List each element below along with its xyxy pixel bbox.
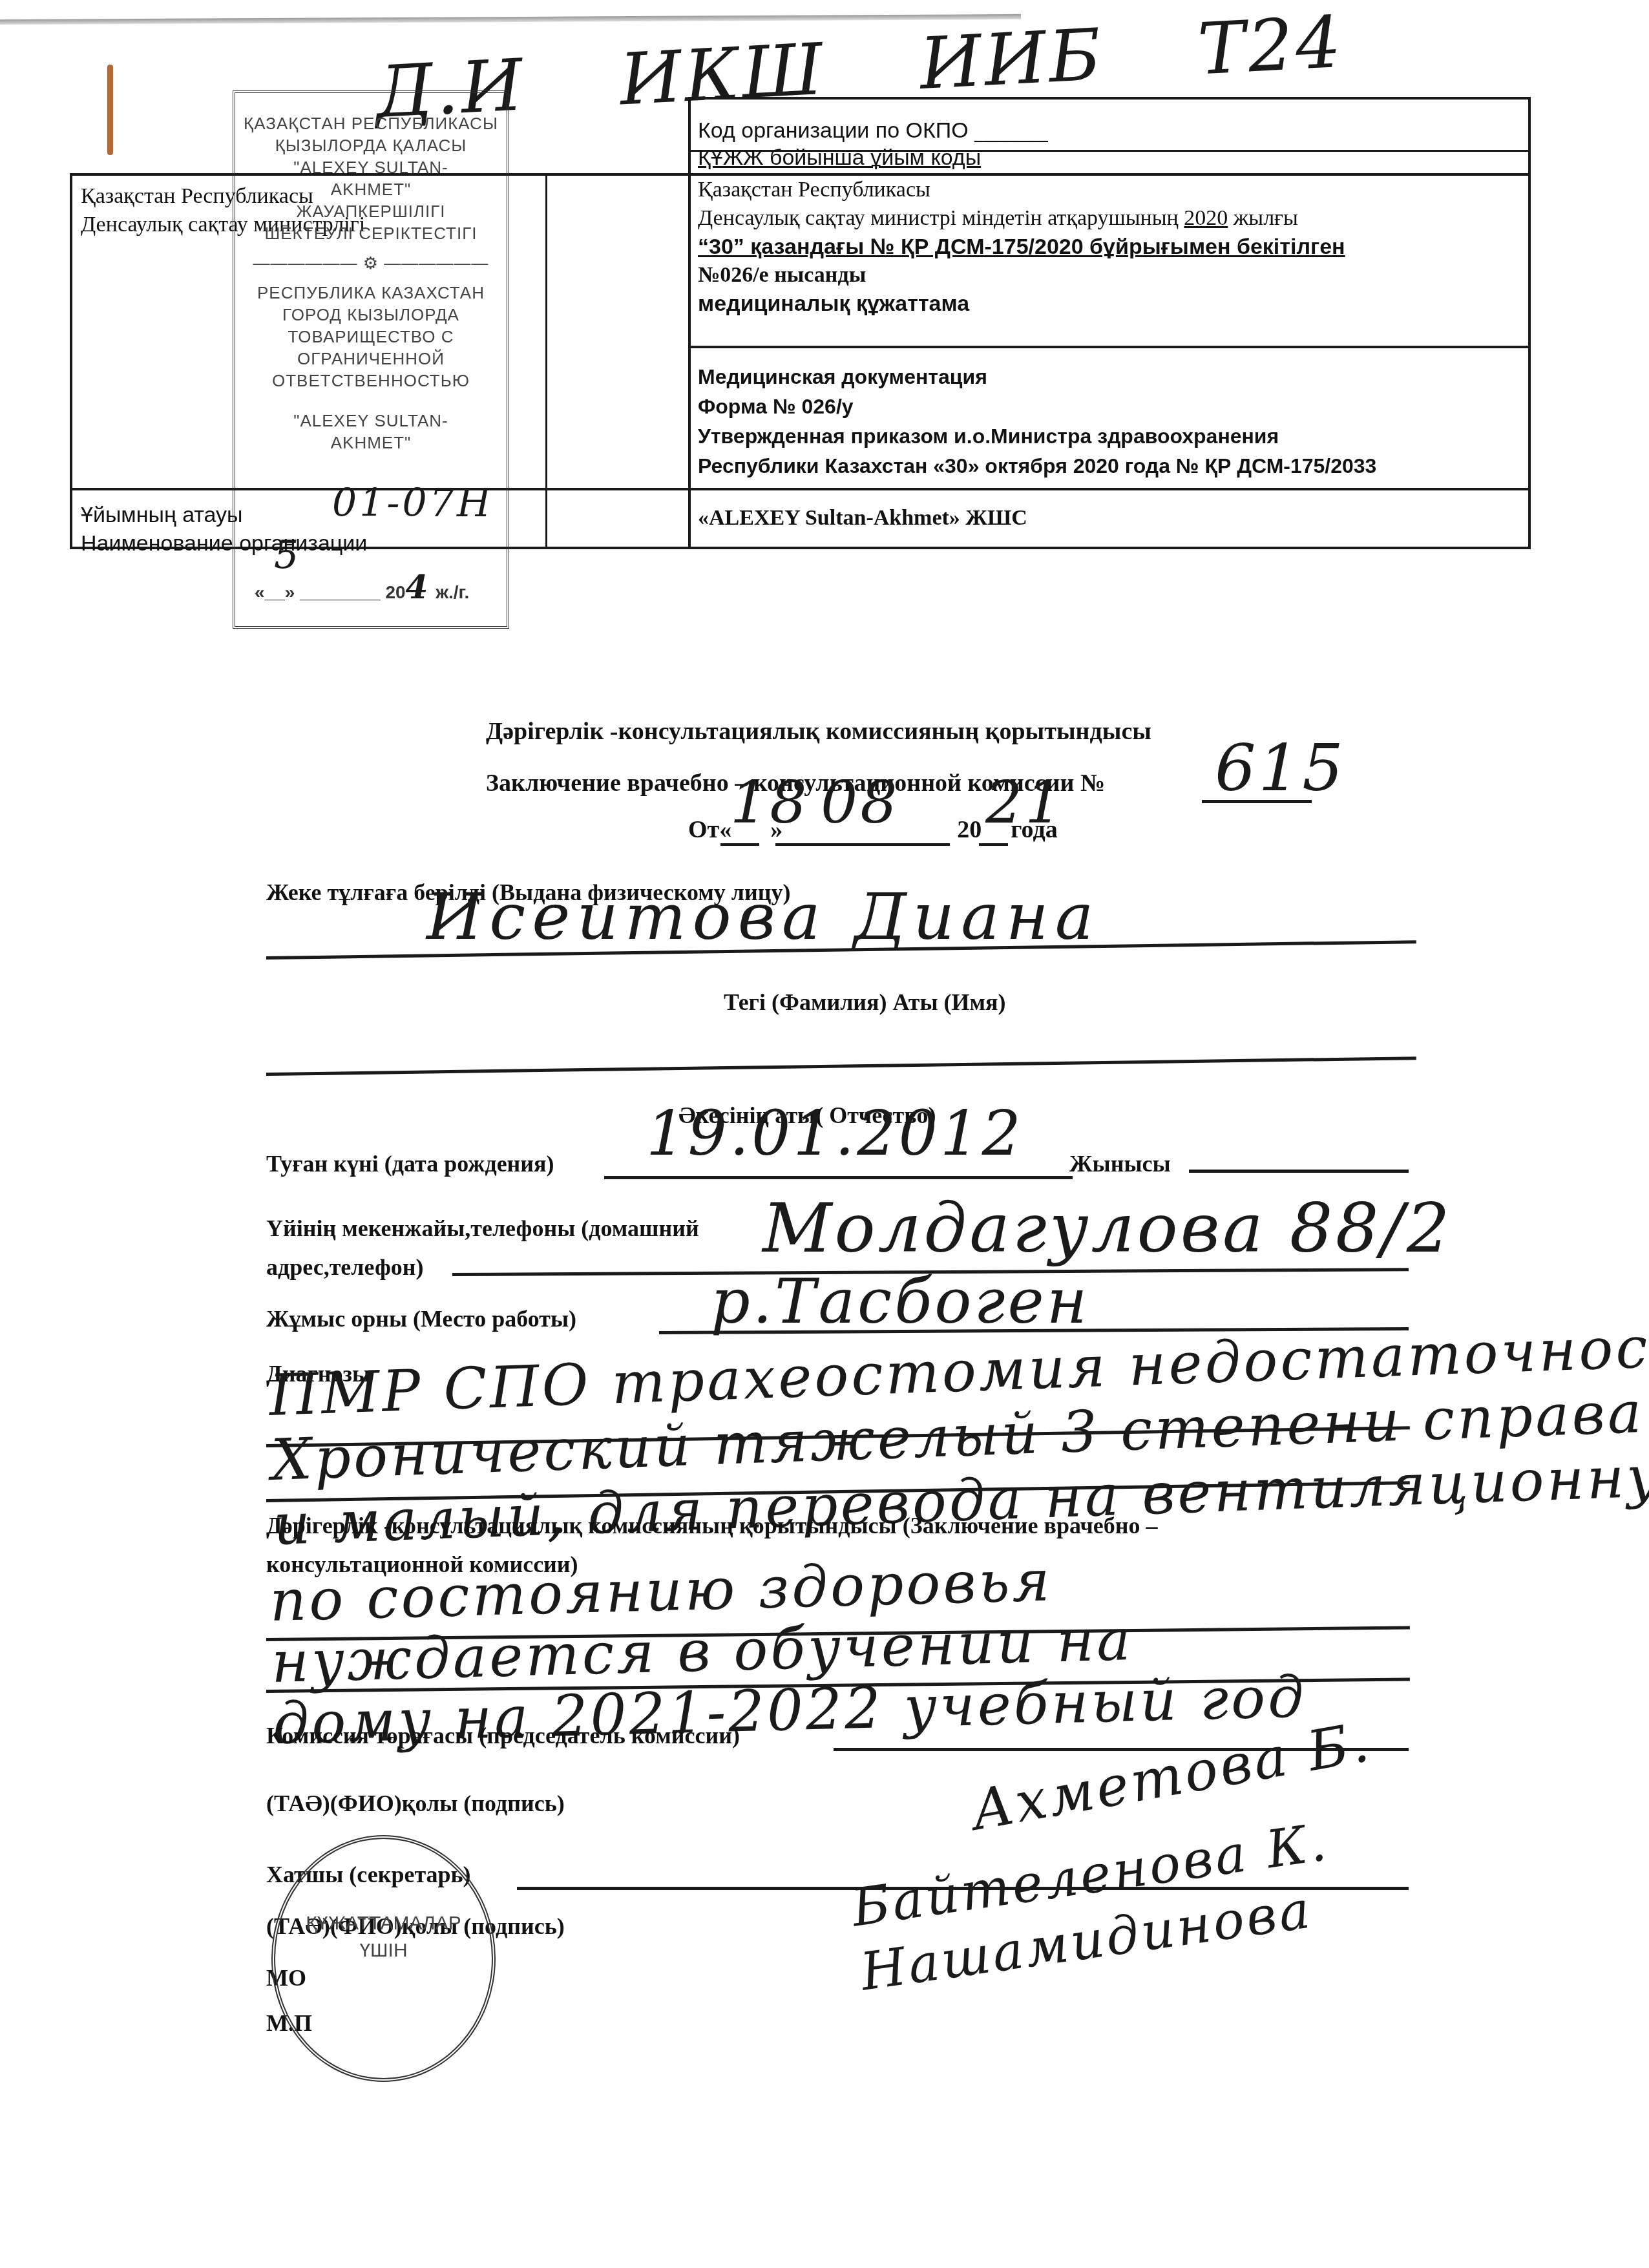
issued-to-value: Исеитова Диана	[426, 879, 1100, 954]
table-border	[688, 97, 691, 549]
table-border	[70, 173, 72, 548]
staple	[107, 65, 113, 155]
work-value: р.Тасбоген	[711, 1266, 1089, 1338]
address-label-1: Үйінің мекенжайы,телефоны (домашний	[266, 1215, 699, 1242]
date-year-hw: 21	[985, 769, 1065, 837]
table-border	[545, 173, 547, 548]
registration-stamp: ҚАЗАҚСТАН РЕСПУБЛИКАСЫ ҚЫЗЫЛОРДА ҚАЛАСЫ …	[233, 90, 509, 629]
table-border	[1528, 97, 1531, 549]
date-day-hw: 18	[730, 769, 810, 837]
ru-order-block: Медицинская документация Форма № 026/у У…	[698, 362, 1376, 481]
table-border	[688, 346, 1529, 348]
kk-order-block: Қазақстан Республикасы Денсаулық сақтау …	[698, 176, 1345, 318]
stamp-handwritten-number: 01-07Н	[332, 481, 493, 526]
scan-top-edge	[0, 14, 1021, 25]
chairman-label: Комиссия төрағасы (председатель комиссии…	[266, 1722, 740, 1749]
address-label-2: адрес,телефон)	[266, 1254, 424, 1281]
conclusion-label-1: Дәрігерлік -консультациялық комиссияның …	[266, 1512, 1158, 1539]
work-label: Жұмыс орны (Место работы)	[266, 1305, 576, 1332]
date-month-hw: 08	[821, 769, 900, 837]
okpo-label: Код организации по ОКПО ______	[698, 116, 1048, 145]
name-caption: Тегі (Фамилия) Аты (Имя)	[724, 989, 1006, 1016]
signature-label-1: (ТАӘ)(ФИО)қолы (подпись)	[266, 1790, 565, 1817]
round-seal: ҚҰЖАТТАМАЛАР ҮШІН	[271, 1835, 496, 2082]
sex-label: Жынысы	[1069, 1150, 1171, 1177]
address-value: Молдагулова 88/2	[762, 1189, 1453, 1268]
birth-value: 19.01.2012	[646, 1098, 1024, 1170]
table-border	[688, 97, 1529, 100]
conclusion-number: 615	[1215, 730, 1346, 806]
okpo-label-kk: ҚҰЖЖ бойынша ұйым коды	[698, 143, 981, 172]
title-kk: Дәрігерлік -консультациялық комиссияның …	[486, 717, 1151, 746]
secretary-signature: Байтеленова К. Нашамидинова	[848, 1769, 1633, 2004]
birth-label: Туған күні (дата рождения)	[266, 1150, 554, 1177]
org-name-value: «ALEXEY Sultan-Akhmet» ЖШС	[698, 504, 1027, 532]
